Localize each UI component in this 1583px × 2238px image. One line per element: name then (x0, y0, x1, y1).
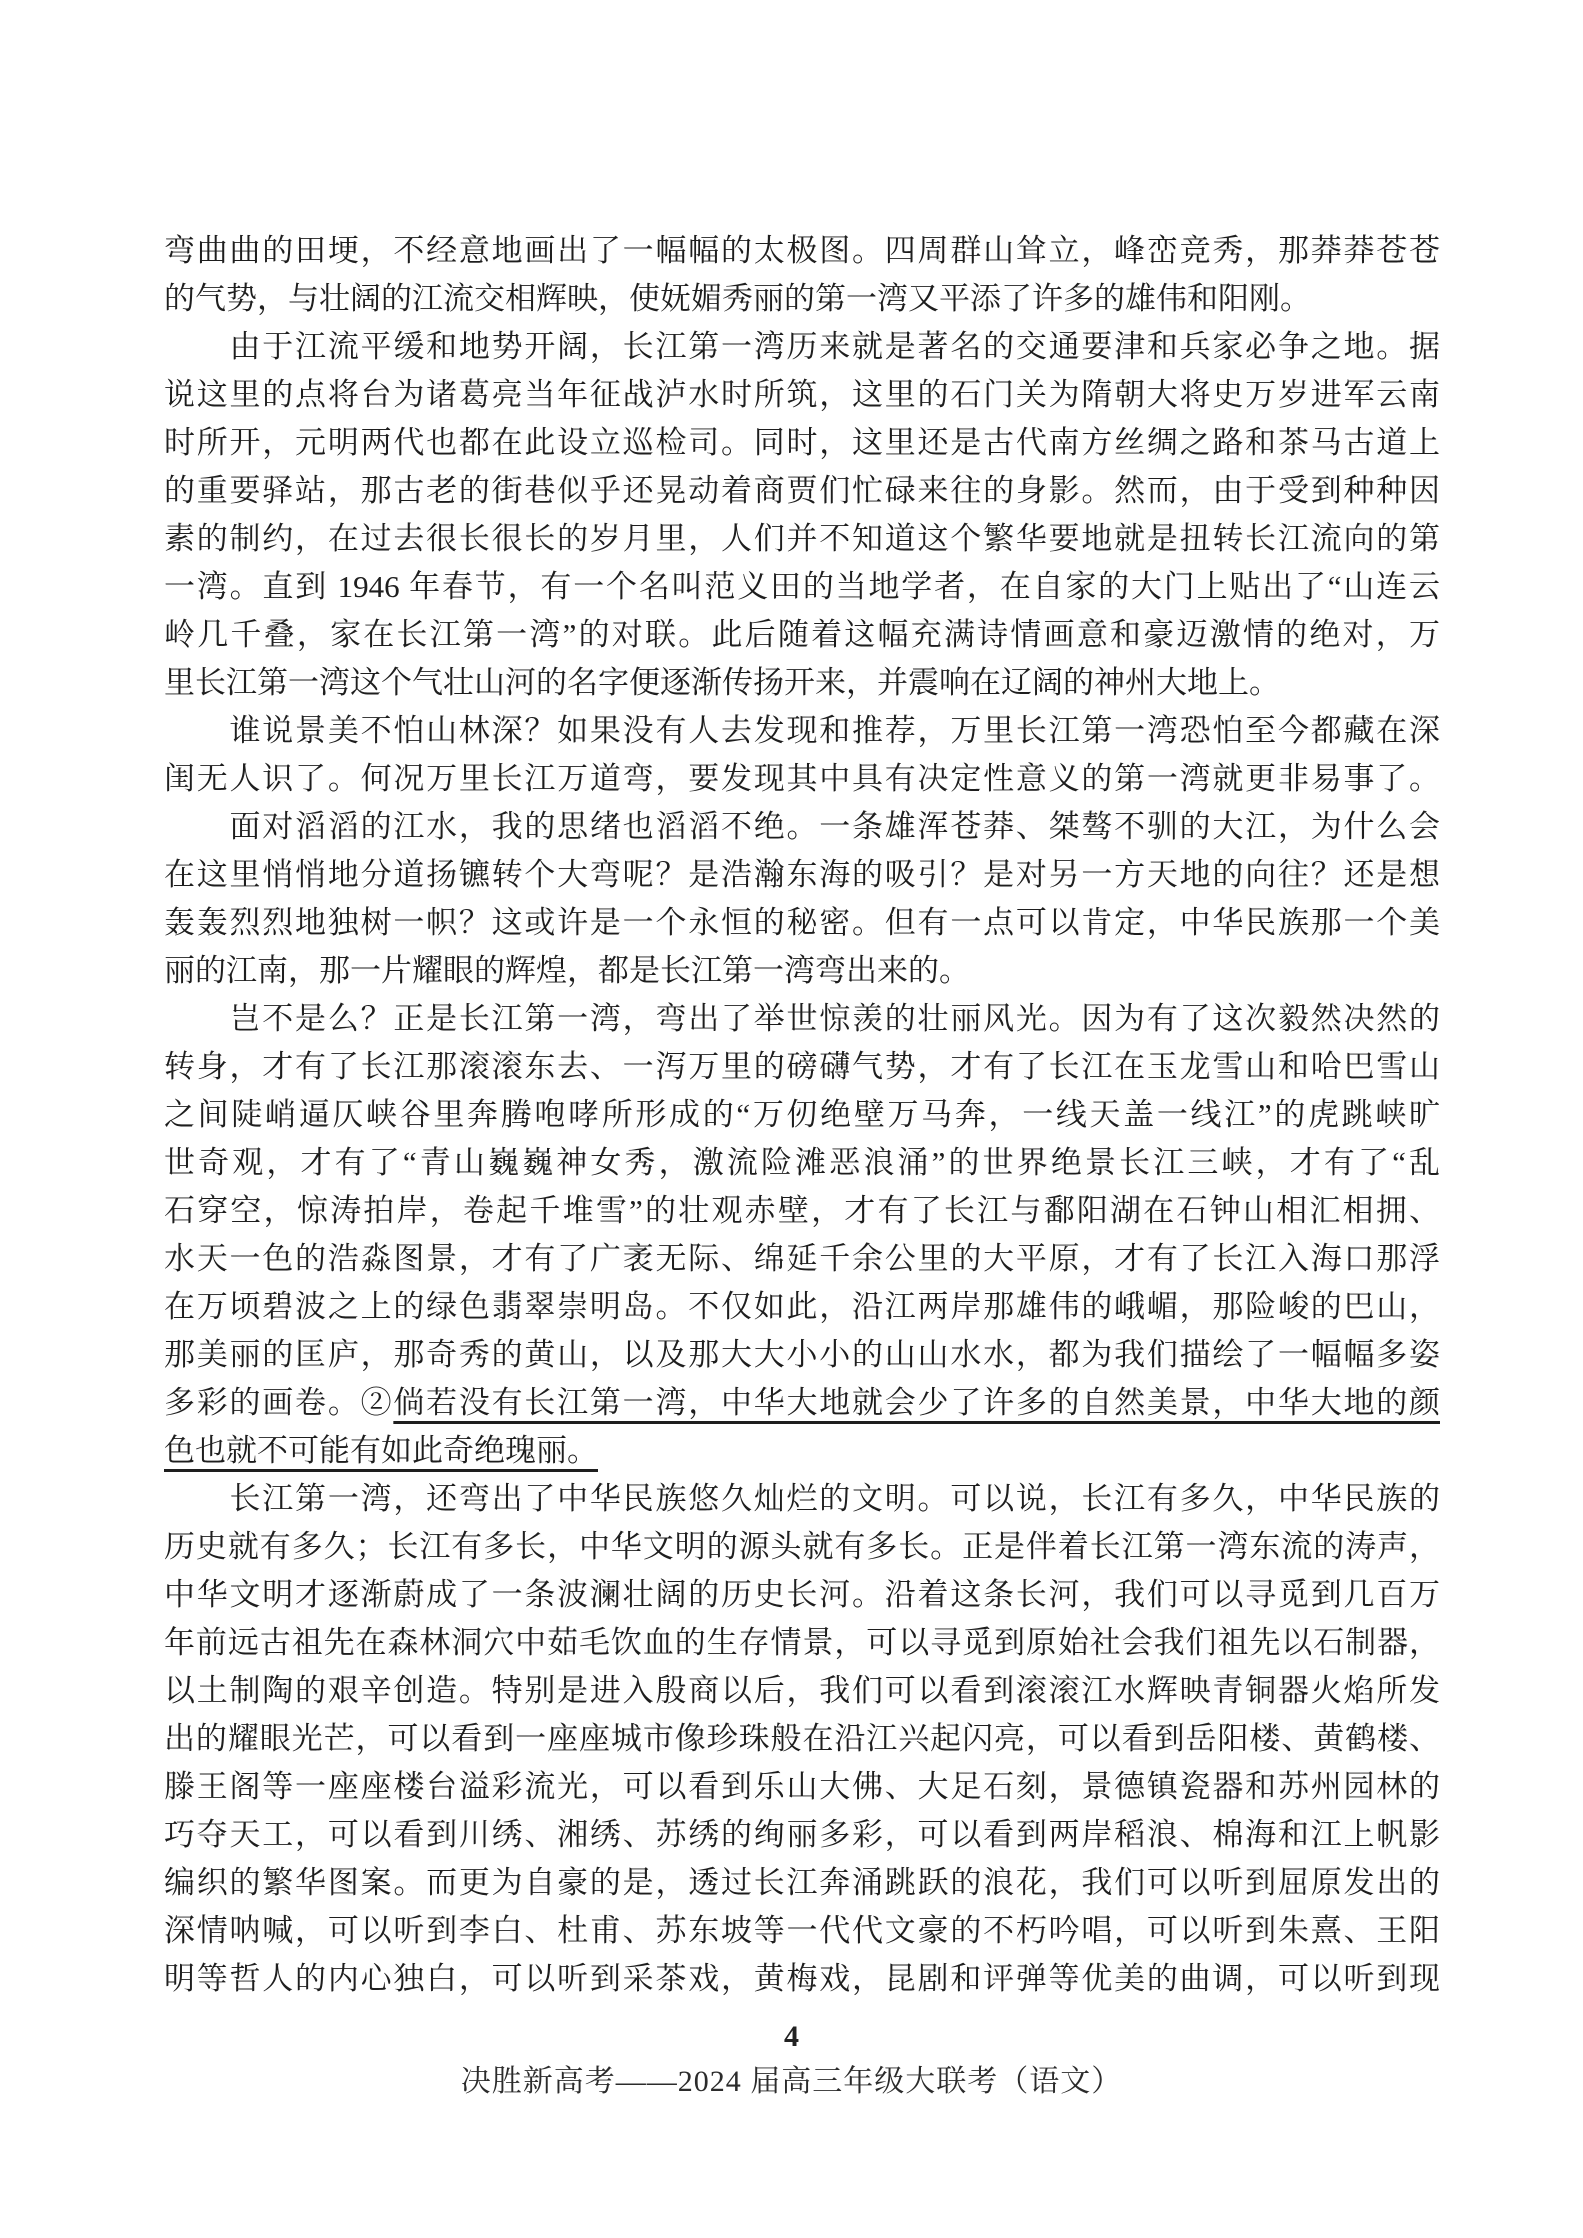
text-segment: 多彩的画卷。② (164, 1385, 393, 1420)
text-segment: 之间陡峭逼仄峡谷里奔腾咆哮所形成的“万仞绝壁万马奔，一线天盖一线江”的虎跳峡旷 (164, 1097, 1440, 1132)
text-line: 巧夺天工，可以看到川绣、湘绣、苏绣的绚丽多彩，可以看到两岸稻浪、棉海和江上帆影 (164, 1811, 1440, 1859)
text-line: 之间陡峭逼仄峡谷里奔腾咆哮所形成的“万仞绝壁万马奔，一线天盖一线江”的虎跳峡旷 (164, 1091, 1440, 1139)
text-line: 岂不是么？正是长江第一湾，弯出了举世惊羡的壮丽风光。因为有了这次毅然决然的 (164, 995, 1440, 1043)
text-segment: 长江第一湾，还弯出了中华民族悠久灿烂的文明。可以说，长江有多久，中华民族的 (164, 1481, 1440, 1516)
text-line: 说这里的点将台为诸葛亮当年征战泸水时所筑，这里的石门关为隋朝大将史万岁进军云南 (164, 371, 1440, 419)
text-line: 在万顷碧波之上的绿色翡翠崇明岛。不仅如此，沿江两岸那雄伟的峨嵋，那险峻的巴山， (164, 1283, 1440, 1331)
text-line: 水天一色的浩淼图景，才有了广袤无际、绵延千余公里的大平原，才有了长江入海口那浮 (164, 1235, 1440, 1283)
text-segment: 弯曲曲的田埂，不经意地画出了一幅幅的太极图。四周群山耸立，峰峦竞秀，那莽莽苍苍 (164, 233, 1440, 268)
text-segment: 年前远古祖先在森林洞穴中茹毛饮血的生存情景，可以寻觅到原始社会我们祖先以石制器， (164, 1625, 1440, 1660)
text-line: 谁说景美不怕山林深？如果没有人去发现和推荐，万里长江第一湾恐怕至今都藏在深 (164, 707, 1440, 755)
text-segment: 丽的江南，那一片耀眼的辉煌，都是长江第一湾弯出来的。 (164, 953, 970, 988)
text-segment: 在这里悄悄地分道扬镳转个大弯呢？是浩瀚东海的吸引？是对另一方天地的向往？还是想 (164, 857, 1440, 892)
text-line: 转身，才有了长江那滚滚东去、一泻万里的磅礴气势，才有了长江在玉龙雪山和哈巴雪山 (164, 1043, 1440, 1091)
text-segment: 的气势，与壮阔的江流交相辉映，使妩媚秀丽的第一湾又平添了许多的雄伟和阳刚。 (164, 281, 1311, 316)
text-segment: 历史就有多久；长江有多长，中华文明的源头就有多长。正是伴着长江第一湾东流的涛声， (164, 1529, 1440, 1564)
text-line: 多彩的画卷。②倘若没有长江第一湾，中华大地就会少了许多的自然美景，中华大地的颜 (164, 1379, 1440, 1427)
text-segment: 轰轰烈烈地独树一帜？这或许是一个永恒的秘密。但有一点可以肯定，中华民族那一个美 (164, 905, 1440, 940)
text-segment: 以土制陶的艰辛创造。特别是进入殷商以后，我们可以看到滚滚江水辉映青铜器火焰所发 (164, 1673, 1440, 1708)
text-line: 的重要驿站，那古老的街巷似乎还晃动着商贾们忙碌来往的身影。然而，由于受到种种因 (164, 467, 1440, 515)
text-line: 明等哲人的内心独白，可以听到采茶戏，黄梅戏，昆剧和评弹等优美的曲调，可以听到现 (164, 1955, 1440, 2003)
page-number: 4 (0, 2020, 1583, 2054)
text-line: 素的制约，在过去很长很长的岁月里，人们并不知道这个繁华要地就是扭转长江流向的第 (164, 515, 1440, 563)
text-segment: 石穿空，惊涛拍岸，卷起千堆雪”的壮观赤壁，才有了长江与鄱阳湖在石钟山相汇相拥、 (164, 1193, 1440, 1228)
text-line: 长江第一湾，还弯出了中华民族悠久灿烂的文明。可以说，长江有多久，中华民族的 (164, 1475, 1440, 1523)
text-segment: 转身，才有了长江那滚滚东去、一泻万里的磅礴气势，才有了长江在玉龙雪山和哈巴雪山 (164, 1049, 1440, 1084)
text-segment: 的重要驿站，那古老的街巷似乎还晃动着商贾们忙碌来往的身影。然而，由于受到种种因 (164, 473, 1440, 508)
text-line: 以土制陶的艰辛创造。特别是进入殷商以后，我们可以看到滚滚江水辉映青铜器火焰所发 (164, 1667, 1440, 1715)
text-segment: 闺无人识了。何况万里长江万道弯，要发现其中具有决定性意义的第一湾就更非易事了。 (164, 761, 1440, 796)
text-line: 弯曲曲的田埂，不经意地画出了一幅幅的太极图。四周群山耸立，峰峦竞秀，那莽莽苍苍 (164, 227, 1440, 275)
text-segment: 一湾。直到 1946 年春节，有一个名叫范义田的当地学者，在自家的大门上贴出了“… (164, 569, 1440, 604)
text-segment: 巧夺天工，可以看到川绣、湘绣、苏绣的绚丽多彩，可以看到两岸稻浪、棉海和江上帆影 (164, 1817, 1440, 1852)
text-line: 轰轰烈烈地独树一帜？这或许是一个永恒的秘密。但有一点可以肯定，中华民族那一个美 (164, 899, 1440, 947)
text-line: 编织的繁华图案。而更为自豪的是，透过长江奔涌跳跃的浪花，我们可以听到屈原发出的 (164, 1859, 1440, 1907)
text-line: 历史就有多久；长江有多长，中华文明的源头就有多长。正是伴着长江第一湾东流的涛声， (164, 1523, 1440, 1571)
text-line: 在这里悄悄地分道扬镳转个大弯呢？是浩瀚东海的吸引？是对另一方天地的向往？还是想 (164, 851, 1440, 899)
text-line: 由于江流平缓和地势开阔，长江第一湾历来就是著名的交通要津和兵家必争之地。据 (164, 323, 1440, 371)
text-segment: 那美丽的匡庐，那奇秀的黄山，以及那大大小小的山山水水，都为我们描绘了一幅幅多姿 (164, 1337, 1440, 1372)
text-segment: 岂不是么？正是长江第一湾，弯出了举世惊羡的壮丽风光。因为有了这次毅然决然的 (164, 1001, 1440, 1036)
text-line: 色也就不可能有如此奇绝瑰丽。 (164, 1427, 1440, 1475)
underlined-text: 色也就不可能有如此奇绝瑰丽。 (164, 1433, 598, 1468)
text-line: 石穿空，惊涛拍岸，卷起千堆雪”的壮观赤壁，才有了长江与鄱阳湖在石钟山相汇相拥、 (164, 1187, 1440, 1235)
text-line: 丽的江南，那一片耀眼的辉煌，都是长江第一湾弯出来的。 (164, 947, 1440, 995)
text-segment: 谁说景美不怕山林深？如果没有人去发现和推荐，万里长江第一湾恐怕至今都藏在深 (164, 713, 1440, 748)
text-segment: 岭几千叠，家在长江第一湾”的对联。此后随着这幅充满诗情画意和豪迈激情的绝对，万 (164, 617, 1440, 652)
text-line: 岭几千叠，家在长江第一湾”的对联。此后随着这幅充满诗情画意和豪迈激情的绝对，万 (164, 611, 1440, 659)
text-segment: 素的制约，在过去很长很长的岁月里，人们并不知道这个繁华要地就是扭转长江流向的第 (164, 521, 1440, 556)
text-line: 滕王阁等一座座楼台溢彩流光，可以看到乐山大佛、大足石刻，景德镇瓷器和苏州园林的 (164, 1763, 1440, 1811)
text-segment: 时所开，元明两代也都在此设立巡检司。同时，这里还是古代南方丝绸之路和茶马古道上 (164, 425, 1440, 460)
text-line: 的气势，与壮阔的江流交相辉映，使妩媚秀丽的第一湾又平添了许多的雄伟和阳刚。 (164, 275, 1440, 323)
document-page: 弯曲曲的田埂，不经意地画出了一幅幅的太极图。四周群山耸立，峰峦竞秀，那莽莽苍苍的… (0, 0, 1583, 2238)
text-segment: 滕王阁等一座座楼台溢彩流光，可以看到乐山大佛、大足石刻，景德镇瓷器和苏州园林的 (164, 1769, 1440, 1804)
text-segment: 在万顷碧波之上的绿色翡翠崇明岛。不仅如此，沿江两岸那雄伟的峨嵋，那险峻的巴山， (164, 1289, 1440, 1324)
text-segment: 说这里的点将台为诸葛亮当年征战泸水时所筑，这里的石门关为隋朝大将史万岁进军云南 (164, 377, 1440, 412)
underlined-text: 倘若没有长江第一湾，中华大地就会少了许多的自然美景，中华大地的颜 (393, 1385, 1440, 1420)
text-segment: 由于江流平缓和地势开阔，长江第一湾历来就是著名的交通要津和兵家必争之地。据 (164, 329, 1440, 364)
text-segment: 世奇观，才有了“青山巍巍神女秀，激流险滩恶浪涌”的世界绝景长江三峡，才有了“乱 (164, 1145, 1440, 1180)
text-line: 年前远古祖先在森林洞穴中茹毛饮血的生存情景，可以寻觅到原始社会我们祖先以石制器， (164, 1619, 1440, 1667)
document-lines: 弯曲曲的田埂，不经意地画出了一幅幅的太极图。四周群山耸立，峰峦竞秀，那莽莽苍苍的… (164, 227, 1440, 2003)
text-line: 深情呐喊，可以听到李白、杜甫、苏东坡等一代代文豪的不朽吟唱，可以听到朱熹、王阳 (164, 1907, 1440, 1955)
text-line: 闺无人识了。何况万里长江万道弯，要发现其中具有决定性意义的第一湾就更非易事了。 (164, 755, 1440, 803)
text-segment: 编织的繁华图案。而更为自豪的是，透过长江奔涌跳跃的浪花，我们可以听到屈原发出的 (164, 1865, 1440, 1900)
text-segment: 中华文明才逐渐蔚成了一条波澜壮阔的历史长河。沿着这条长河，我们可以寻觅到几百万 (164, 1577, 1440, 1612)
footer-exam-title: 决胜新高考——2024 届高三年级大联考（语文） (0, 2056, 1583, 2100)
text-line: 里长江第一湾这个气壮山河的名字便逐渐传扬开来，并震响在辽阔的神州大地上。 (164, 659, 1440, 707)
text-line: 那美丽的匡庐，那奇秀的黄山，以及那大大小小的山山水水，都为我们描绘了一幅幅多姿 (164, 1331, 1440, 1379)
text-segment: 深情呐喊，可以听到李白、杜甫、苏东坡等一代代文豪的不朽吟唱，可以听到朱熹、王阳 (164, 1913, 1440, 1948)
text-segment: 明等哲人的内心独白，可以听到采茶戏，黄梅戏，昆剧和评弹等优美的曲调，可以听到现 (164, 1961, 1440, 1996)
text-segment: 出的耀眼光芒，可以看到一座座城市像珍珠般在沿江兴起闪亮，可以看到岳阳楼、黄鹤楼、 (164, 1721, 1440, 1756)
text-line: 世奇观，才有了“青山巍巍神女秀，激流险滩恶浪涌”的世界绝景长江三峡，才有了“乱 (164, 1139, 1440, 1187)
text-line: 中华文明才逐渐蔚成了一条波澜壮阔的历史长河。沿着这条长河，我们可以寻觅到几百万 (164, 1571, 1440, 1619)
text-line: 出的耀眼光芒，可以看到一座座城市像珍珠般在沿江兴起闪亮，可以看到岳阳楼、黄鹤楼、 (164, 1715, 1440, 1763)
text-segment: 面对滔滔的江水，我的思绪也滔滔不绝。一条雄浑苍莽、桀骜不驯的大江，为什么会 (164, 809, 1440, 844)
text-line: 一湾。直到 1946 年春节，有一个名叫范义田的当地学者，在自家的大门上贴出了“… (164, 563, 1440, 611)
text-segment: 里长江第一湾这个气壮山河的名字便逐渐传扬开来，并震响在辽阔的神州大地上。 (164, 665, 1280, 700)
text-line: 面对滔滔的江水，我的思绪也滔滔不绝。一条雄浑苍莽、桀骜不驯的大江，为什么会 (164, 803, 1440, 851)
text-line: 时所开，元明两代也都在此设立巡检司。同时，这里还是古代南方丝绸之路和茶马古道上 (164, 419, 1440, 467)
text-segment: 水天一色的浩淼图景，才有了广袤无际、绵延千余公里的大平原，才有了长江入海口那浮 (164, 1241, 1440, 1276)
